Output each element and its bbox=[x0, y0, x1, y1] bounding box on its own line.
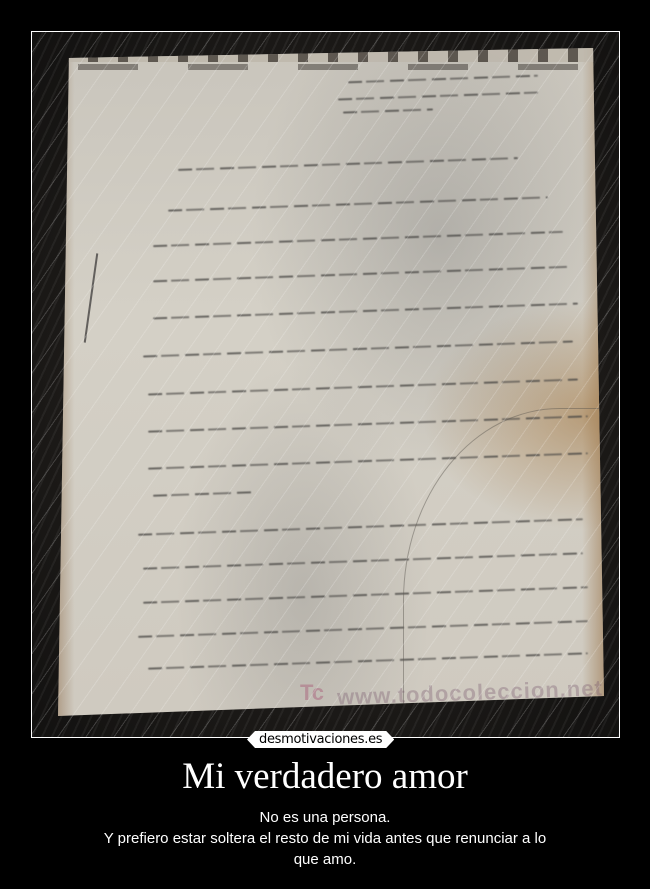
brand-label[interactable]: desmotivaciones.es bbox=[247, 731, 394, 748]
handwriting-line bbox=[178, 157, 518, 171]
caption-line: No es una persona. bbox=[40, 807, 610, 828]
poster-image-frame: Tc www.todocoleccion.net bbox=[31, 31, 620, 738]
caption-line: que amo. bbox=[40, 849, 610, 870]
handwriting-line bbox=[143, 340, 573, 357]
handwriting-line bbox=[338, 92, 538, 101]
caption-line: Y prefiero estar soltera el resto de mi … bbox=[40, 828, 610, 849]
handwriting-line bbox=[148, 378, 578, 395]
paper-printed-header bbox=[78, 64, 620, 70]
margin-pen-stroke bbox=[84, 253, 99, 342]
handwriting-line bbox=[153, 266, 573, 283]
paper-perforated-edge bbox=[58, 48, 604, 62]
poster-title: Mi verdadero amor bbox=[0, 755, 650, 799]
watermark-logo: Tc bbox=[300, 680, 324, 706]
handwriting-line bbox=[168, 196, 548, 211]
old-document-paper bbox=[58, 48, 604, 716]
poster-caption: No es una persona. Y prefiero estar solt… bbox=[40, 807, 610, 870]
poster-photo: Tc www.todocoleccion.net bbox=[32, 32, 619, 737]
handwriting-line bbox=[153, 231, 563, 247]
handwriting-line bbox=[348, 75, 538, 84]
handwriting-line bbox=[343, 108, 433, 113]
handwriting-line bbox=[153, 303, 578, 320]
handwriting-line bbox=[153, 491, 253, 496]
